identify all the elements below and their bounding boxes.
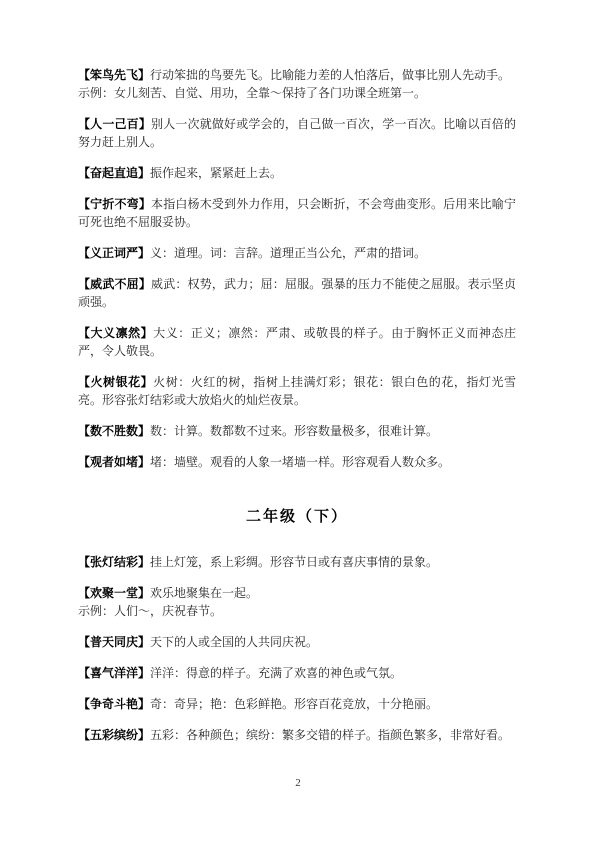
idiom-term: 【笨鸟先飞】 [78, 68, 150, 82]
idiom-term: 【数不胜数】 [78, 424, 150, 438]
idiom-term: 【喜气洋洋】 [78, 666, 150, 680]
idiom-example: 示例：人们～，庆祝春节。 [78, 602, 516, 620]
idiom-entry: 【大义凛然】大义：正义；凛然：严肃、或敬畏的样子。由于胸怀正义而神态庄严，令人敬… [78, 324, 516, 360]
idiom-entry: 【张灯结彩】挂上灯笼，系上彩绸。形容节日或有喜庆事情的景象。 [78, 553, 516, 571]
idiom-term: 【张灯结彩】 [78, 555, 150, 569]
idiom-term: 【五彩缤纷】 [78, 728, 150, 742]
document-content: 【笨鸟先飞】行动笨拙的鸟要先飞。比喻能力差的人怕落后，做事比别人先动手。示例：女… [78, 66, 516, 757]
page-number: 2 [0, 777, 596, 789]
idiom-example: 示例：女儿刻苦、自觉、用功，全靠～保持了各门功课全班第一。 [78, 84, 516, 102]
idiom-entry: 【普天同庆】天下的人或全国的人共同庆祝。 [78, 633, 516, 651]
idiom-entry: 【争奇斗艳】奇：奇异；艳：色彩鲜艳。形容百花竞放，十分艳丽。 [78, 695, 516, 713]
idiom-term: 【人一己百】 [78, 117, 151, 131]
idiom-definition: 堵：墙壁。观看的人象一堵墙一样。形容观看人数众多。 [150, 455, 450, 469]
idiom-definition: 奇：奇异；艳：色彩鲜艳。形容百花竞放，十分艳丽。 [150, 697, 438, 711]
idiom-term: 【威武不屈】 [78, 277, 151, 291]
idiom-term: 【奋起直追】 [78, 166, 150, 180]
idiom-entry: 【义正词严】义：道理。词：言辞。道理正当公允，严肃的措词。 [78, 244, 516, 262]
idiom-definition: 洋洋：得意的样子。充满了欢喜的神色或气氛。 [150, 666, 402, 680]
idiom-definition: 行动笨拙的鸟要先飞。比喻能力差的人怕落后，做事比别人先动手。 [150, 68, 510, 82]
idiom-definition: 欢乐地聚集在一起。 [150, 586, 258, 600]
idiom-definition: 挂上灯笼，系上彩绸。形容节日或有喜庆事情的景象。 [150, 555, 438, 569]
idiom-entry: 【人一己百】别人一次就做好或学会的，自己做一百次，学一百次。比喻以百倍的努力赶上… [78, 115, 516, 151]
idiom-term: 【欢聚一堂】 [78, 586, 150, 600]
idiom-entry: 【威武不屈】威武：权势，武力；屈：屈服。强暴的压力不能使之屈服。表示坚贞顽强。 [78, 275, 516, 311]
idiom-entry: 【五彩缤纷】五彩：各种颜色；缤纷：繁多交错的样子。指颜色繁多，非常好看。 [78, 726, 516, 744]
idiom-definition: 五彩：各种颜色；缤纷：繁多交错的样子。指颜色繁多，非常好看。 [150, 728, 510, 742]
document-page: 【笨鸟先飞】行动笨拙的鸟要先飞。比喻能力差的人怕落后，做事比别人先动手。示例：女… [0, 0, 596, 842]
idiom-term: 【火树银花】 [78, 375, 153, 389]
section-heading: 二年级（下） [78, 505, 516, 526]
idiom-term: 【争奇斗艳】 [78, 697, 150, 711]
idiom-term: 【宁折不弯】 [78, 197, 151, 211]
idiom-entry: 【火树银花】火树：火红的树，指树上挂满灯彩；银花：银白色的花，指灯光雪亮。形容张… [78, 373, 516, 409]
idiom-definition: 数：计算。数都数不过来。形容数量极多，很难计算。 [150, 424, 438, 438]
idiom-entry: 【奋起直追】振作起来，紧紧赶上去。 [78, 164, 516, 182]
idiom-definition: 振作起来，紧紧赶上去。 [150, 166, 282, 180]
idiom-entry: 【欢聚一堂】欢乐地聚集在一起。示例：人们～，庆祝春节。 [78, 584, 516, 620]
idiom-definition: 天下的人或全国的人共同庆祝。 [150, 635, 318, 649]
idiom-term: 【观者如堵】 [78, 455, 150, 469]
idiom-entry: 【观者如堵】堵：墙壁。观看的人象一堵墙一样。形容观看人数众多。 [78, 453, 516, 471]
idiom-definition: 义：道理。词：言辞。道理正当公允，严肃的措词。 [150, 246, 426, 260]
idiom-entry: 【数不胜数】数：计算。数都数不过来。形容数量极多，很难计算。 [78, 422, 516, 440]
idiom-term: 【义正词严】 [78, 246, 150, 260]
idiom-term: 【大义凛然】 [78, 326, 153, 340]
idiom-entry: 【宁折不弯】本指白杨木受到外力作用，只会断折，不会弯曲变形。后用来比喻宁可死也绝… [78, 195, 516, 231]
idiom-entry: 【笨鸟先飞】行动笨拙的鸟要先飞。比喻能力差的人怕落后，做事比别人先动手。示例：女… [78, 66, 516, 102]
idiom-term: 【普天同庆】 [78, 635, 150, 649]
idiom-entry: 【喜气洋洋】洋洋：得意的样子。充满了欢喜的神色或气氛。 [78, 664, 516, 682]
